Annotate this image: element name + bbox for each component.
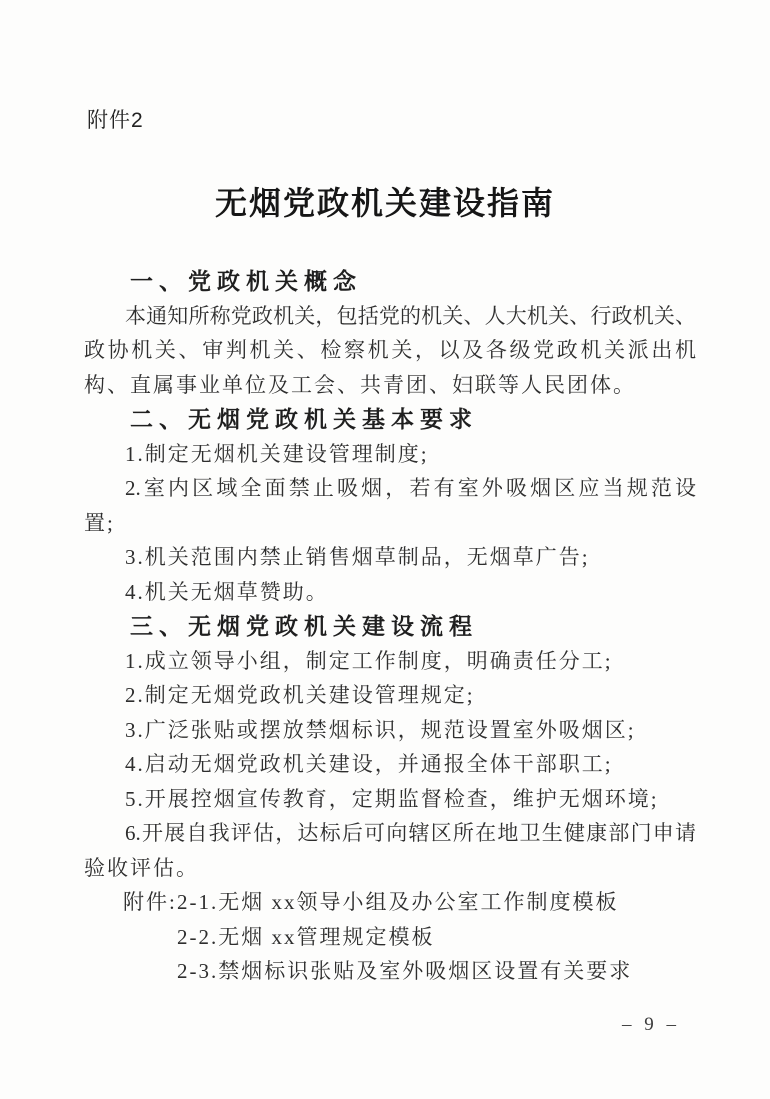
document-title: 无烟党政机关建设指南 <box>0 182 770 224</box>
attachments-list-item: 附件: 2-1.无烟 xx领导小组及办公室工作制度模板 <box>84 885 696 920</box>
process-step-6: 6.开展自我评估，达标后可向辖区所在地卫生健康部门申请 <box>84 816 696 851</box>
attachments-label: 附件: <box>123 885 177 920</box>
attachment-item-1: 2-1.无烟 xx领导小组及办公室工作制度模板 <box>177 890 619 914</box>
attachment-item-3: 2-3.禁烟标识张贴及室外吸烟区设置有关要求 <box>177 959 632 983</box>
section-1-heading: 一、党政机关概念 <box>84 264 696 299</box>
process-step-3: 3.广泛张贴或摆放禁烟标识，规范设置室外吸烟区; <box>84 713 696 748</box>
requirement-item-3: 3.机关范围内禁止销售烟草制品，无烟草广告; <box>84 540 696 575</box>
attachments-list-item: 2-2.无烟 xx管理规定模板 <box>84 920 696 955</box>
body-text-line: 本通知所称党政机关，包括党的机关、人大机关、行政机关、 <box>84 299 696 334</box>
body-text-line: 构、直属事业单位及工会、共青团、妇联等人民团体。 <box>84 368 696 403</box>
process-step-4: 4.启动无烟党政机关建设，并通报全体干部职工; <box>84 747 696 782</box>
requirement-item-1: 1.制定无烟机关建设管理制度; <box>84 437 696 472</box>
requirement-item-2-cont: 置; <box>84 506 696 541</box>
process-step-5: 5.开展控烟宣传教育，定期监督检查，维护无烟环境; <box>84 782 696 817</box>
attachment-number-label: 附件2 <box>87 107 144 135</box>
attachments-list-item: 2-3.禁烟标识张贴及室外吸烟区设置有关要求 <box>84 954 696 989</box>
attachment-item-2: 2-2.无烟 xx管理规定模板 <box>177 925 435 949</box>
requirement-item-2: 2.室内区域全面禁止吸烟，若有室外吸烟区应当规范设 <box>84 471 696 506</box>
body-text-line: 政协机关、审判机关、检察机关，以及各级党政机关派出机 <box>84 333 696 368</box>
section-2-heading: 二、无烟党政机关基本要求 <box>84 402 696 437</box>
requirement-item-4: 4.机关无烟草赞助。 <box>84 575 696 610</box>
section-3-heading: 三、无烟党政机关建设流程 <box>84 609 696 644</box>
document-page: 附件2 无烟党政机关建设指南 一、党政机关概念 本通知所称党政机关，包括党的机关… <box>0 0 770 1099</box>
process-step-6-cont: 验收评估。 <box>84 851 696 886</box>
process-step-1: 1.成立领导小组，制定工作制度，明确责任分工; <box>84 644 696 679</box>
document-body: 一、党政机关概念 本通知所称党政机关，包括党的机关、人大机关、行政机关、 政协机… <box>84 264 696 989</box>
process-step-2: 2.制定无烟党政机关建设管理规定; <box>84 678 696 713</box>
page-number: – 9 – <box>622 1012 680 1038</box>
